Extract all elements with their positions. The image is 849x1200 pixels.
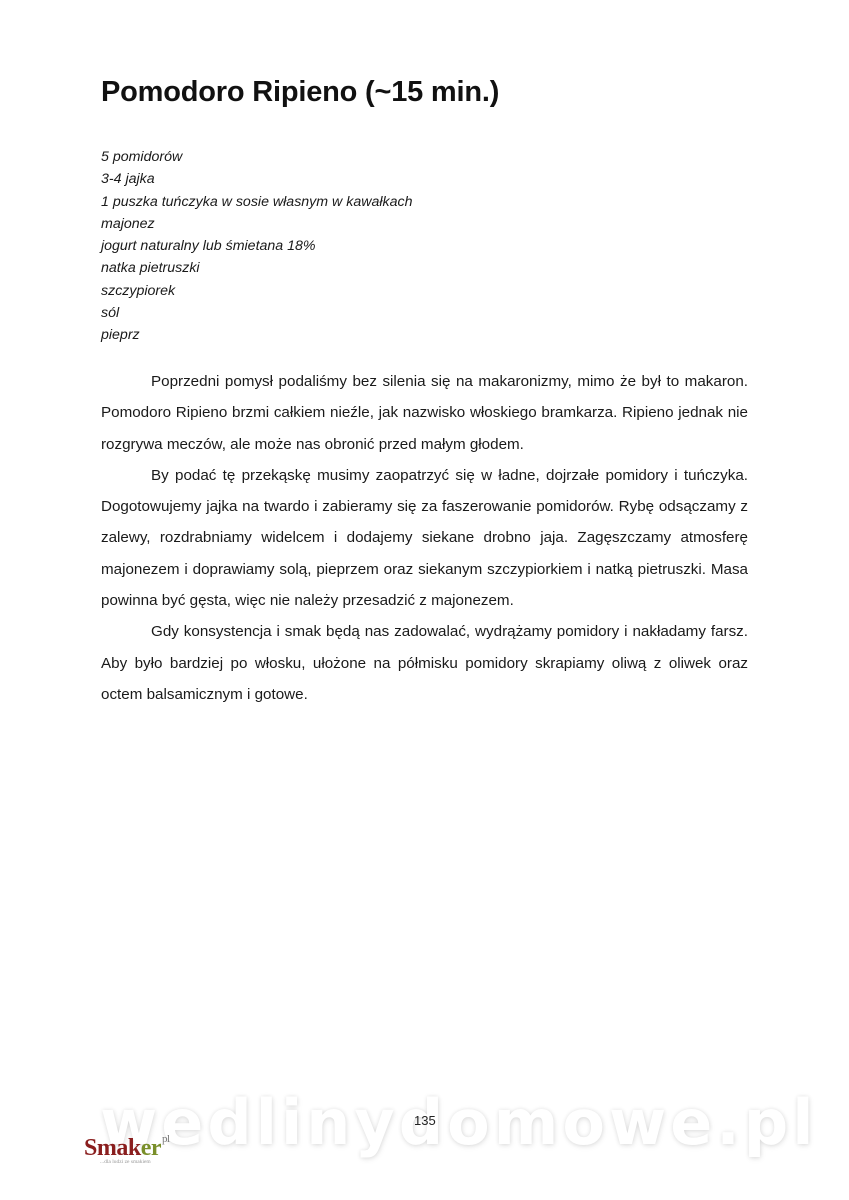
watermark: wedlinydomowe.pl xyxy=(100,1086,817,1159)
ingredient-item: sól xyxy=(101,302,412,324)
ingredient-item: jogurt naturalny lub śmietana 18% xyxy=(101,235,412,257)
ingredient-item: natka pietruszki xyxy=(101,257,412,279)
recipe-title: Pomodoro Ripieno (~15 min.) xyxy=(101,76,499,109)
logo-part-smak: Smak xyxy=(84,1135,141,1161)
ingredient-list: 5 pomidorów 3-4 jajka 1 puszka tuńczyka … xyxy=(101,146,412,347)
ingredient-item: pieprz xyxy=(101,324,412,346)
ingredient-item: 3-4 jajka xyxy=(101,168,412,190)
paragraph: Poprzedni pomysł podaliśmy bez silenia s… xyxy=(101,366,748,460)
page-number: 135 xyxy=(414,1113,436,1128)
ingredient-item: majonez xyxy=(101,213,412,235)
logo-wordmark: Smakerpl xyxy=(84,1135,170,1162)
paragraph: Gdy konsystencja i smak będą nas zadowal… xyxy=(101,616,748,710)
paragraph: By podać tę przekąskę musimy zaopatrzyć … xyxy=(101,460,748,616)
ingredient-item: szczypiorek xyxy=(101,280,412,302)
ingredient-item: 5 pomidorów xyxy=(101,146,412,168)
smaker-logo: Smakerpl ...dla ludzi ze smakiem xyxy=(84,1135,170,1165)
recipe-body: Poprzedni pomysł podaliśmy bez silenia s… xyxy=(101,366,748,710)
ingredient-item: 1 puszka tuńczyka w sosie własnym w kawa… xyxy=(101,191,412,213)
logo-part-er: er xyxy=(141,1135,161,1161)
logo-suffix: pl xyxy=(162,1133,170,1145)
